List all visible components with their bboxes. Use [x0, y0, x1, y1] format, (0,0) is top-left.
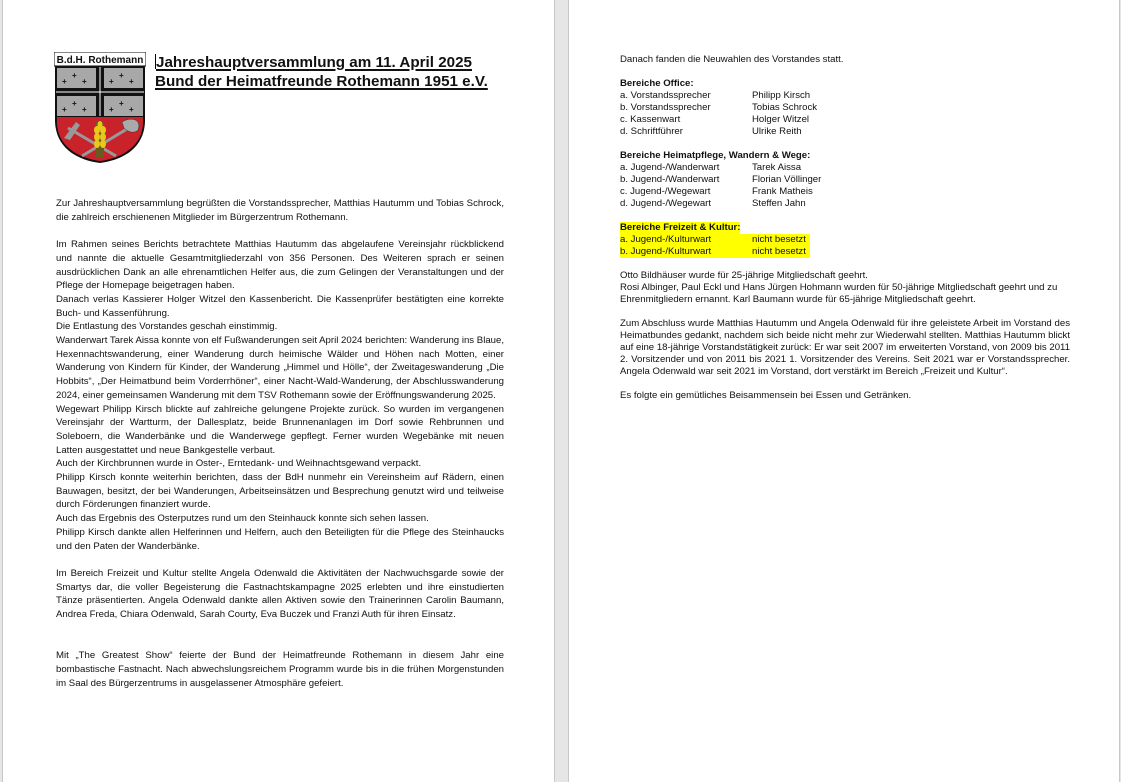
- club-coat-of-arms-logo: B.d.H. Rothemann +++ +++ +++ +++: [54, 52, 146, 164]
- svg-text:+: +: [62, 77, 67, 86]
- section-freizeit-kultur: Bereiche Freizeit & Kultur: a. Jugend-/K…: [620, 222, 1070, 258]
- svg-text:+: +: [109, 77, 114, 86]
- section-office: Bereiche Office: a. VorstandssprecherPhi…: [620, 78, 1070, 138]
- paragraph-treasury: Danach verlas Kassierer Holger Witzel de…: [56, 293, 504, 320]
- paragraph-hiking: Wanderwart Tarek Aissa konnte von elf Fu…: [56, 334, 504, 403]
- list-item: c. Jugend-/WegewartFrank Matheis: [620, 186, 1070, 198]
- svg-text:+: +: [82, 105, 87, 114]
- paragraph-clubhouse: Philipp Kirsch konnte weiterhin berichte…: [56, 471, 504, 512]
- svg-text:+: +: [119, 99, 124, 108]
- list-item-highlighted: b. Jugend-/Kulturwartnicht besetzt: [620, 246, 810, 258]
- svg-text:+: +: [82, 77, 87, 86]
- paragraph-report: Im Rahmen seines Berichts betrachtete Ma…: [56, 238, 504, 293]
- paragraph-culture: Im Bereich Freizeit und Kultur stellte A…: [56, 567, 504, 622]
- paragraph-discharge: Die Entlastung des Vorstandes geschah ei…: [56, 320, 504, 334]
- svg-text:+: +: [72, 99, 77, 108]
- paragraph-farewell: Zum Abschluss wurde Matthias Hautumm und…: [620, 318, 1070, 378]
- list-item: b. VorstandssprecherTobias Schrock: [620, 102, 1070, 114]
- list-item: b. Jugend-/WanderwartFlorian Völlinger: [620, 174, 1070, 186]
- section-heimatpflege: Bereiche Heimatpflege, Wandern & Wege: a…: [620, 150, 1070, 210]
- paragraph-paths: Wegewart Philipp Kirsch blickte auf zahl…: [56, 403, 504, 458]
- svg-text:+: +: [129, 105, 134, 114]
- paragraph-closing: Es folgte ein gemütliches Beisammensein …: [620, 390, 1070, 402]
- paragraph-fountain: Auch der Kirchbrunnen wurde in Oster-, E…: [56, 457, 504, 471]
- title-line-2[interactable]: Bund der Heimatfreunde Rothemann 1951 e.…: [155, 72, 488, 91]
- paragraph-easter-cleanup: Auch das Ergebnis des Osterputzes rund u…: [56, 512, 504, 526]
- svg-text:+: +: [72, 71, 77, 80]
- list-item: a. Jugend-/WanderwartTarek Aissa: [620, 162, 1070, 174]
- page1-body[interactable]: Zur Jahreshauptversammlung begrüßten die…: [56, 197, 504, 690]
- section-heading: Bereiche Office:: [620, 78, 1070, 90]
- title-line-1[interactable]: Jahreshauptversammlung am 11. April 2025: [155, 53, 488, 72]
- paragraph-elections-intro: Danach fanden die Neuwahlen des Vorstand…: [620, 54, 1070, 66]
- paragraph-greeting: Zur Jahreshauptversammlung begrüßten die…: [56, 197, 504, 224]
- list-item-highlighted: a. Jugend-/Kulturwartnicht besetzt: [620, 234, 810, 246]
- svg-text:B.d.H. Rothemann: B.d.H. Rothemann: [57, 55, 144, 66]
- paragraph-honor-50-65: Rosi Albinger, Paul Eckl und Hans Jürgen…: [620, 282, 1070, 306]
- list-item: d. SchriftführerUlrike Reith: [620, 126, 1070, 138]
- paragraph-honor-25: Otto Bildhäuser wurde für 25-jährige Mit…: [620, 270, 1070, 282]
- list-item: c. KassenwartHolger Witzel: [620, 114, 1070, 126]
- svg-text:+: +: [62, 105, 67, 114]
- paragraph-thanks: Philipp Kirsch dankte allen Helferinnen …: [56, 526, 504, 553]
- svg-text:+: +: [109, 105, 114, 114]
- paragraph-carnival: Mit „The Greatest Show“ feierte der Bund…: [56, 649, 504, 690]
- document-title: Jahreshauptversammlung am 11. April 2025…: [155, 53, 488, 91]
- page2-body[interactable]: Danach fanden die Neuwahlen des Vorstand…: [620, 54, 1070, 402]
- section-heading: Bereiche Heimatpflege, Wandern & Wege:: [620, 150, 1070, 162]
- section-heading-highlighted: Bereiche Freizeit & Kultur:: [620, 222, 740, 234]
- svg-text:+: +: [119, 71, 124, 80]
- svg-text:+: +: [129, 77, 134, 86]
- list-item: a. VorstandssprecherPhilipp Kirsch: [620, 90, 1070, 102]
- list-item: d. Jugend-/WegewartSteffen Jahn: [620, 198, 1070, 210]
